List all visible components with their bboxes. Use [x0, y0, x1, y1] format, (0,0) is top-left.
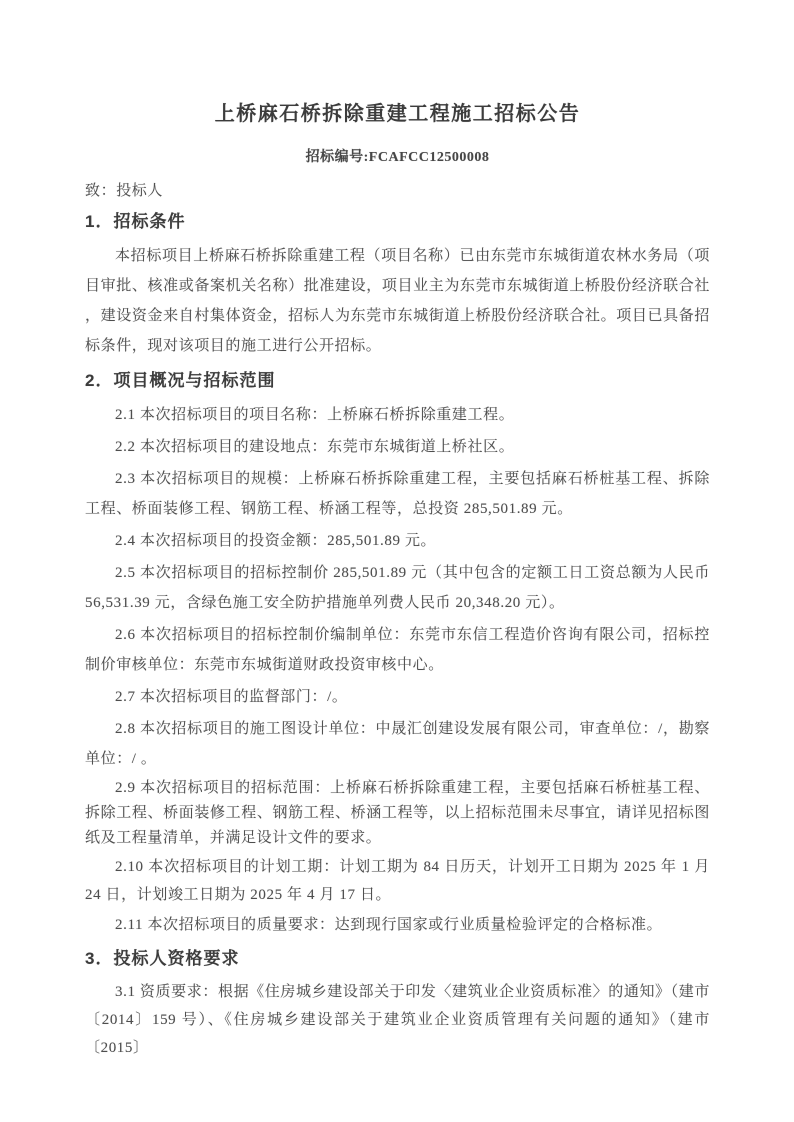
salutation-line: 致：投标人	[85, 180, 710, 202]
document-page: 上桥麻石桥拆除重建工程施工招标公告 招标编号:FCAFCC12500008 致：…	[0, 0, 794, 1122]
para-2-2: 2.2 本次招标项目的建设地点：东莞市东城街道上桥社区。	[85, 432, 710, 462]
section-3-heading: 3．投标人资格要求	[85, 947, 710, 971]
section-1-heading: 1．招标条件	[85, 210, 710, 234]
para-2-8: 2.8 本次招标项目的施工图设计单位：中晟汇创建设发展有限公司，审查单位：/，勘…	[85, 714, 710, 774]
para-2-11: 2.11 本次招标项目的质量要求：达到现行国家或行业质量检验评定的合格标准。	[85, 911, 710, 939]
para-2-4: 2.4 本次招标项目的投资金额：285,501.89 元。	[85, 526, 710, 556]
para-2-1: 2.1 本次招标项目的项目名称：上桥麻石桥拆除重建工程。	[85, 400, 710, 430]
para-2-5: 2.5 本次招标项目的招标控制价 285,501.89 元（其中包含的定额工日工…	[85, 558, 710, 618]
para-2-10: 2.10 本次招标项目的计划工期：计划工期为 84 日历天，计划开工日期为 20…	[85, 853, 710, 909]
para-2-7: 2.7 本次招标项目的监督部门：/。	[85, 682, 710, 712]
document-title: 上桥麻石桥拆除重建工程施工招标公告	[85, 100, 710, 128]
para-2-9: 2.9 本次招标项目的招标范围：上桥麻石桥拆除重建工程，主要包括麻石桥桩基工程、…	[85, 776, 710, 851]
para-3-1: 3.1 资质要求：根据《住房城乡建设部关于印发〈建筑业企业资质标准〉的通知》（建…	[85, 978, 710, 1062]
section-1-paragraph-1: 本招标项目上桥麻石桥拆除重建工程（项目名称）已由东莞市东城街道农林水务局（项目审…	[85, 241, 710, 361]
para-2-6: 2.6 本次招标项目的招标控制价编制单位：东莞市东信工程造价咨询有限公司，招标控…	[85, 620, 710, 680]
para-2-3: 2.3 本次招标项目的规模：上桥麻石桥拆除重建工程，主要包括麻石桥桩基工程、拆除…	[85, 464, 710, 524]
section-2-heading: 2．项目概况与招标范围	[85, 369, 710, 393]
tender-number: 招标编号:FCAFCC12500008	[85, 148, 710, 168]
